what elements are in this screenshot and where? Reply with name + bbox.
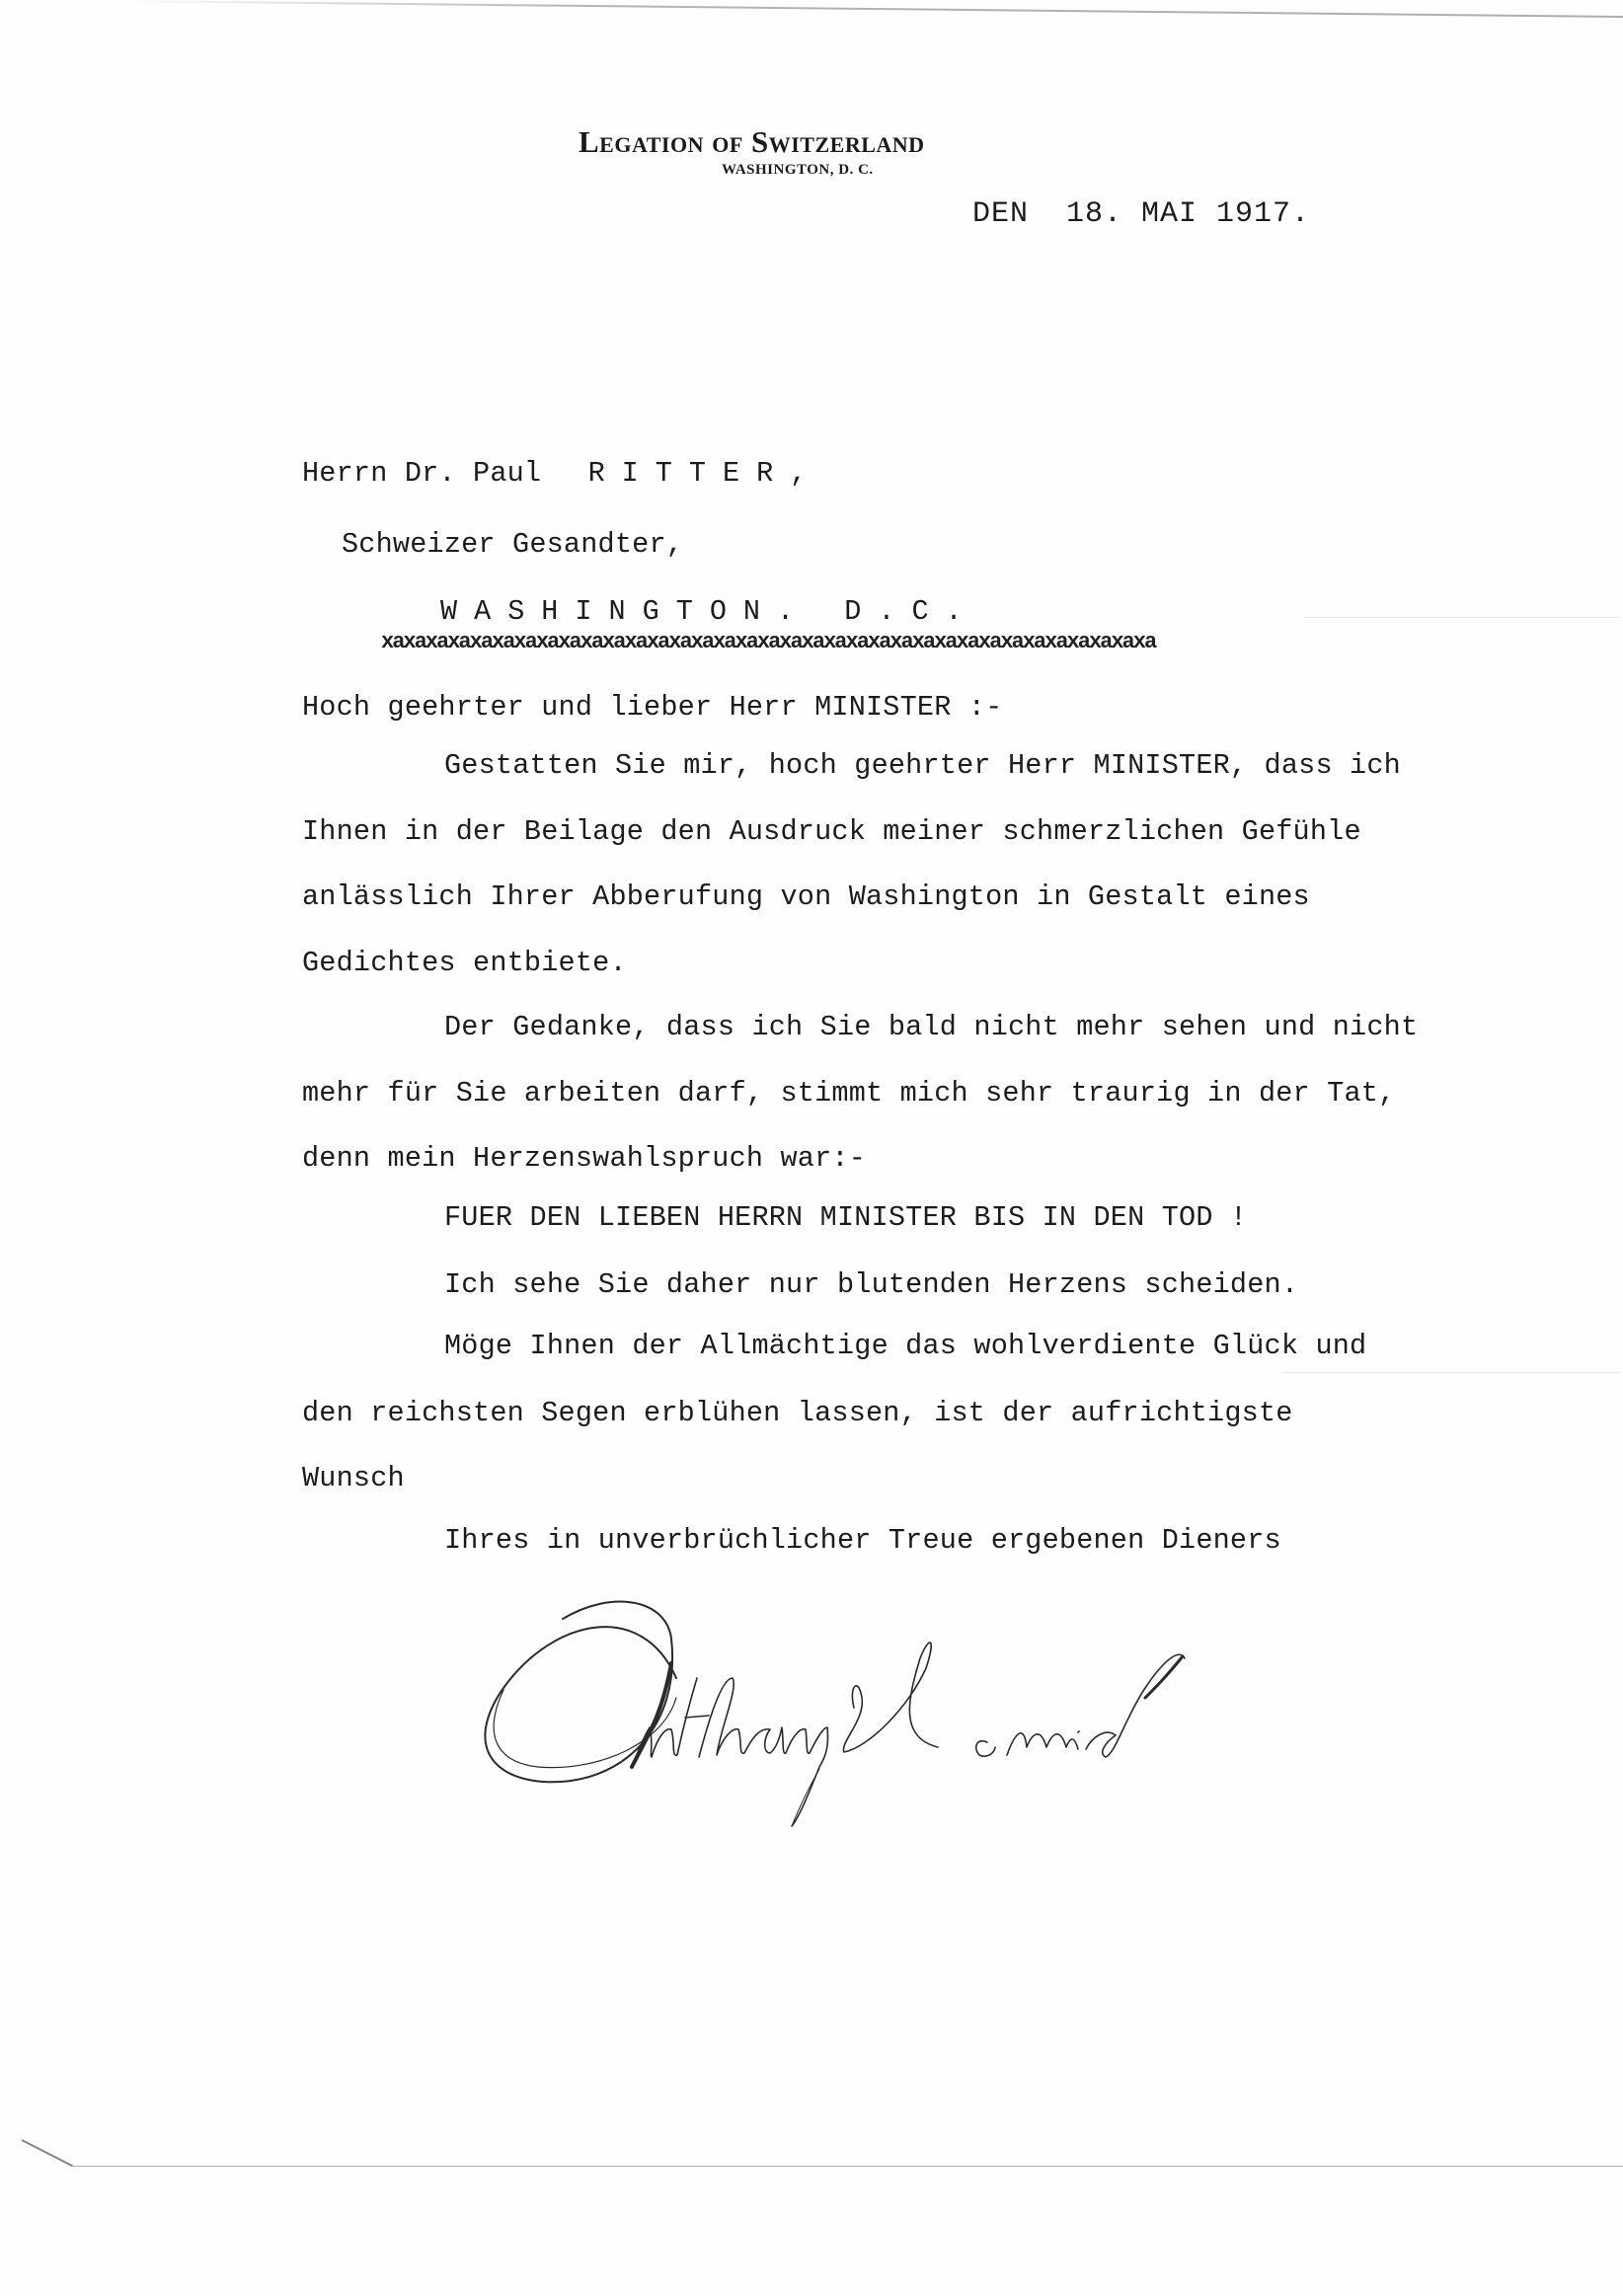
body-line: denn mein Herzenswahlspruch war:- xyxy=(302,1145,866,1174)
recipient-title: Herrn Dr. Paul xyxy=(302,457,541,490)
letter-date: DEN 18. MAI 1917. xyxy=(972,197,1310,231)
body-line: Möge Ihnen der Allmächtige das wohlverdi… xyxy=(444,1333,1366,1361)
recipient-line-1: Herrn Dr. Paul RITTER, xyxy=(302,460,823,489)
body-line: Der Gedanke, dass ich Sie bald nicht meh… xyxy=(444,1014,1418,1042)
page-corner-fold xyxy=(22,2139,74,2167)
body-line: Gedichtes entbiete. xyxy=(302,950,627,978)
letter-page: Legation of Switzerland WASHINGTON, D. C… xyxy=(0,0,1623,2296)
scan-artifact xyxy=(1283,1372,1619,1373)
page-bottom-edge xyxy=(73,2166,1623,2167)
letterhead: Legation of Switzerland WASHINGTON, D. C… xyxy=(579,124,1171,179)
motto-line: FUER DEN LIEBEN HERRN MINISTER BIS IN DE… xyxy=(444,1204,1247,1233)
body-line: mehr für Sie arbeiten darf, stimmt mich … xyxy=(302,1080,1395,1109)
scan-artifact xyxy=(1303,617,1619,618)
letterhead-subtitle: WASHINGTON, D. C. xyxy=(722,162,1171,179)
body-line: Gestatten Sie mir, hoch geehrter Herr MI… xyxy=(444,752,1401,781)
page-top-edge xyxy=(118,0,1623,18)
body-line: Ich sehe Sie daher nur blutenden Herzens… xyxy=(444,1271,1298,1300)
signature: Anthony Schmid xyxy=(474,1579,1441,1836)
body-line: anlässlich Ihrer Abberufung von Washingt… xyxy=(302,883,1310,912)
salutation: Hoch geehrter und lieber Herr MINISTER :… xyxy=(302,694,1002,723)
recipient-surname: RITTER, xyxy=(588,457,824,490)
closing-line: Ihres in unverbrüchlicher Treue ergebene… xyxy=(444,1527,1281,1556)
typed-underline: xaxaxaxaxaxaxaxaxaxaxaxaxaxaxaxaxaxaxaxa… xyxy=(381,632,1155,653)
recipient-line-2: Schweizer Gesandter, xyxy=(342,531,683,560)
body-line: Wunsch xyxy=(302,1465,405,1493)
body-line: Ihnen in der Beilage den Ausdruck meiner… xyxy=(302,818,1361,847)
body-line: den reichsten Segen erblühen lassen, ist… xyxy=(302,1400,1293,1428)
letterhead-title: Legation of Switzerland xyxy=(579,124,1171,160)
recipient-line-3: WASHINGTON. D.C. xyxy=(440,598,979,627)
